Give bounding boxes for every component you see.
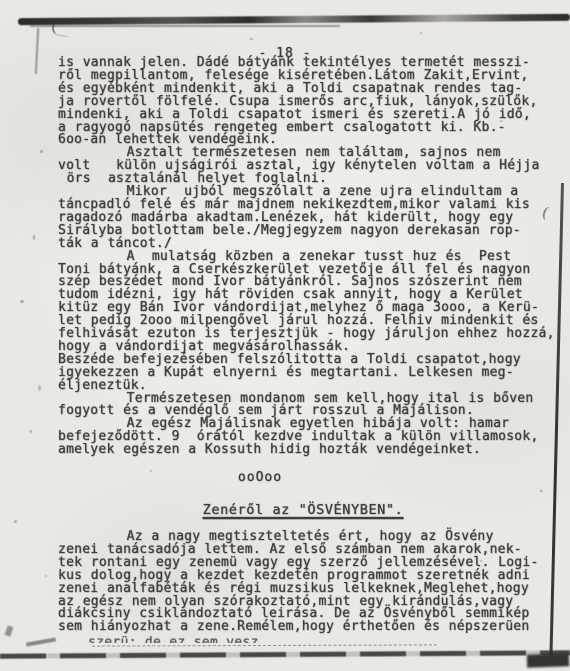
paragraph-5: Természetesen mondanom sem kell,hogy ita…	[58, 393, 558, 419]
document-body: is vannak jelen. Dádé bátyánk tekintélye…	[58, 57, 558, 457]
scan-bottom-edge-artifact	[0, 650, 570, 658]
scan-bottom-left-mark	[26, 637, 56, 646]
paper-speck	[40, 150, 43, 153]
paper-speck	[38, 385, 41, 391]
paper-speck	[14, 520, 17, 523]
scanned-page: - 18 - is vannak jelen. Dádé bátyánk tek…	[0, 0, 570, 671]
paper-speck	[30, 430, 32, 433]
scan-top-edge-artifact-2	[30, 25, 340, 27]
paper-speck	[33, 235, 35, 240]
paper-speck	[500, 120, 502, 122]
paragraph-6: Az egész Majálisnak egyetlen hibája volt…	[58, 418, 558, 457]
scan-left-edge-mark	[4, 625, 13, 636]
section-heading-row: Zenéről az "ÖSVÉNYBEN".	[18, 499, 570, 518]
paper-speck	[480, 560, 482, 562]
paragraph-1: is vannak jelen. Dádé bátyánk tekintélye…	[58, 57, 558, 147]
paragraph-2: Asztalt természetesen nem találtam, sajn…	[58, 147, 558, 186]
scan-ink-hook-artifact	[51, 19, 70, 37]
section-heading: Zenéről az "ÖSVÉNYBEN".	[203, 502, 404, 518]
paper-speck	[150, 470, 152, 472]
scan-top-edge-artifact	[18, 14, 570, 25]
paragraph-4: A mulatság közben a zenekar tusst huz és…	[58, 251, 558, 393]
paper-speck	[530, 320, 532, 323]
clipped-bottom-line: szerü; de ez sem vesz	[88, 635, 418, 643]
document-body-section-2: Az a nagy megtiszteltetés ért, hogy az Ö…	[58, 531, 558, 634]
scan-bottom-right-blob	[527, 653, 569, 667]
paper-speck	[20, 300, 24, 303]
paragraph-7: Az a nagy megtiszteltetés ért, hogy az Ö…	[58, 531, 558, 634]
paper-speck	[45, 575, 47, 577]
paper-speck	[540, 490, 543, 492]
section-separator: ooOoo	[0, 470, 545, 485]
clipped-line-dash-artifact	[92, 644, 437, 646]
paper-speck	[420, 32, 422, 34]
paragraph-3: Mikor ujból megszólalt a zene ujra elind…	[58, 186, 558, 251]
paper-speck	[250, 38, 253, 40]
